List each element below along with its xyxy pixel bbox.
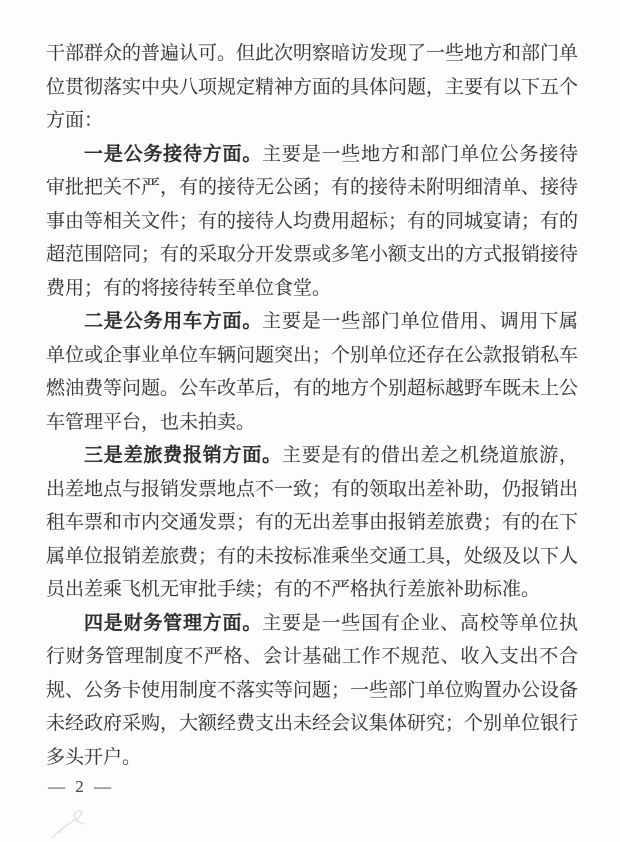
- paragraph-text: 主要是有的借出差之机绕道旅游，出差地点与报销发票地点不一致；有的领取出差补助，仍…: [46, 445, 578, 600]
- paragraph: 三是差旅费报销方面。主要是有的借出差之机绕道旅游，出差地点与报销发票地点不一致；…: [46, 439, 578, 607]
- paragraph: 干部群众的普遍认可。但此次明察暗访发现了一些地方和部门单位贯彻落实中央八项规定精…: [46, 37, 578, 138]
- paragraph-text: 主要是一些地方和部门单位公务接待审批把关不严，有的接待无公函；有的接待未附明细清…: [46, 144, 578, 299]
- scanned-document: { "colors": { "paper": "#fdfdfd", "ink":…: [0, 0, 620, 842]
- paragraph: 二是公务用车方面。主要是一些部门单位借用、调用下属单位或企事业单位车辆问题突出；…: [46, 305, 578, 439]
- paragraph: 四是财务管理方面。主要是一些国有企业、高校等单位执行财务管理制度不严格、会计基础…: [46, 607, 578, 775]
- document-body: 干部群众的普遍认可。但此次明察暗访发现了一些地方和部门单位贯彻落实中央八项规定精…: [46, 37, 578, 774]
- paragraph-lead: 三是差旅费报销方面。: [84, 445, 282, 466]
- paragraph-lead: 一是公务接待方面。: [84, 144, 262, 165]
- page-number: — 2 —: [48, 777, 114, 797]
- paragraph-lead: 四是财务管理方面。: [84, 613, 262, 634]
- paragraph-text: 主要是一些国有企业、高校等单位执行财务管理制度不严格、会计基础工作不规范、收入支…: [46, 613, 578, 768]
- paragraph: 一是公务接待方面。主要是一些地方和部门单位公务接待审批把关不严，有的接待无公函；…: [46, 138, 578, 306]
- paragraph-lead: 二是公务用车方面。: [84, 311, 262, 332]
- paragraph-text: 干部群众的普遍认可。但此次明察暗访发现了一些地方和部门单位贯彻落实中央八项规定精…: [46, 43, 578, 131]
- document-page: 干部群众的普遍认可。但此次明察暗访发现了一些地方和部门单位贯彻落实中央八项规定精…: [0, 0, 620, 842]
- scan-artifact-squiggle: [48, 798, 108, 842]
